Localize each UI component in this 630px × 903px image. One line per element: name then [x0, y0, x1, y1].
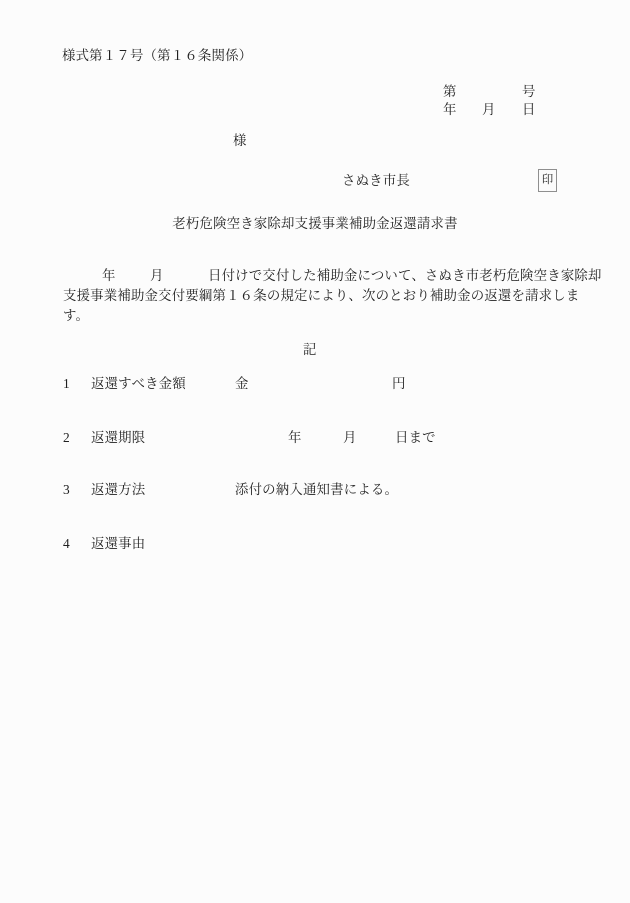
document-title: 老朽危険空き家除却支援事業補助金返還請求書: [0, 215, 630, 232]
deadline-month-label: 月: [343, 429, 357, 446]
doc-number-prefix: 第: [443, 83, 457, 100]
deadline-day-label: 日まで: [395, 429, 436, 446]
date-year-label: 年: [443, 101, 457, 118]
seal-mark: 印: [542, 175, 554, 187]
document-page: 様式第１７号（第１６条関係） 第 号 年 月 日 様 さぬき市長 印 老朽危険空…: [0, 0, 630, 903]
item-label-reason: 返還事由: [91, 535, 145, 552]
body-month-label: 月: [150, 267, 164, 284]
date-month-label: 月: [482, 101, 496, 118]
deadline-year-label: 年: [288, 429, 302, 446]
date-day-label: 日: [522, 101, 536, 118]
item-label-method: 返還方法: [91, 481, 145, 498]
body-year-label: 年: [102, 267, 116, 284]
item-number: 2: [63, 429, 70, 446]
seal-box: 印: [538, 169, 557, 192]
body-line2-text: 支援事業補助金交付要綱第１６条の規定により、次のとおり補助金の返還を請求しま: [63, 287, 579, 304]
form-number: 様式第１７号（第１６条関係）: [62, 47, 252, 64]
item-number: 4: [63, 535, 70, 552]
doc-number-suffix: 号: [522, 83, 536, 100]
body-line1-text: 日付けで交付した補助金について、さぬき市老朽危険空き家除却: [208, 267, 602, 284]
amount-prefix-label: 金: [235, 375, 249, 392]
ki-heading: 記: [303, 341, 317, 358]
addressee-honorific: 様: [233, 132, 247, 149]
item-label-amount: 返還すべき金額: [91, 375, 186, 392]
method-content: 添付の納入通知書による。: [235, 481, 398, 498]
body-line3-text: す。: [63, 307, 89, 324]
sender-title: さぬき市長: [342, 172, 410, 189]
item-label-deadline: 返還期限: [91, 429, 145, 446]
amount-suffix-label: 円: [392, 375, 406, 392]
item-number: 1: [63, 375, 70, 392]
item-number: 3: [63, 481, 70, 498]
